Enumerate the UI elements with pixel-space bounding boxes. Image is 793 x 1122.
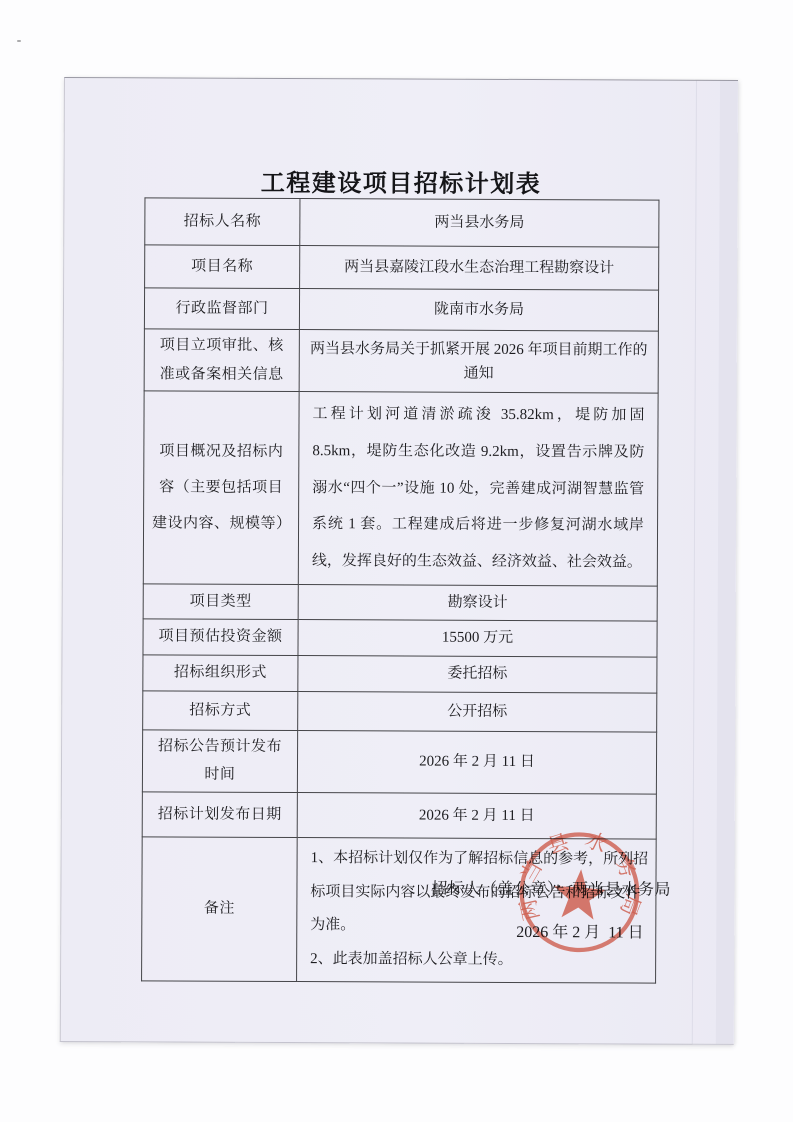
row-value: 2026 年 2 月 11 日 bbox=[297, 730, 656, 794]
table-row: 项目类型 勘察设计 bbox=[143, 584, 657, 621]
table-row: 项目名称 两当县嘉陵江段水生态治理工程勘察设计 bbox=[145, 245, 659, 290]
red-star-icon bbox=[552, 867, 607, 920]
row-value: 陇南市水务局 bbox=[299, 289, 658, 332]
table-row: 项目概况及招标内容（主要包括项目建设内容、规模等） 工程计划河道清淤疏浚 35.… bbox=[143, 391, 658, 586]
row-value: 工程计划河道清淤疏浚 35.82km，堤防加固 8.5km，堤防生态化改造 9.… bbox=[298, 392, 658, 586]
row-label: 行政监督部门 bbox=[144, 288, 299, 330]
scan-speck bbox=[17, 40, 21, 42]
row-value: 委托招标 bbox=[298, 655, 657, 693]
row-label: 项目概况及招标内容（主要包括项目建设内容、规模等） bbox=[143, 391, 299, 584]
official-seal: 两当县水务局 bbox=[516, 829, 643, 956]
scanned-paper: 工程建设项目招标计划表 招标人名称 两当县水务局 项目名称 两当县嘉陵江段水生态… bbox=[60, 77, 738, 1045]
table-row: 招标人名称 两当县水务局 bbox=[145, 198, 659, 247]
page-title: 工程建设项目招标计划表 bbox=[64, 162, 737, 200]
table-row: 招标方式 公开招标 bbox=[143, 691, 657, 732]
table-row: 项目立项审批、核准或备案相关信息 两当县水务局关于抓紧开展 2026 年项目前期… bbox=[144, 329, 658, 393]
row-label: 招标公告预计发布时间 bbox=[142, 730, 297, 793]
table-row: 项目预估投资金额 15500 万元 bbox=[143, 619, 657, 657]
row-label: 招标组织形式 bbox=[143, 655, 298, 692]
row-label: 招标人名称 bbox=[145, 198, 300, 246]
row-label: 备注 bbox=[142, 837, 298, 982]
row-value: 两当县嘉陵江段水生态治理工程勘察设计 bbox=[300, 246, 659, 291]
row-value: 两当县水务局 bbox=[300, 199, 659, 248]
scan-edge-band bbox=[716, 81, 738, 1044]
row-label: 项目立项审批、核准或备案相关信息 bbox=[144, 329, 299, 392]
row-label: 项目类型 bbox=[143, 584, 298, 620]
row-value: 两当县水务局关于抓紧开展 2026 年项目前期工作的通知 bbox=[299, 330, 658, 394]
scan-fold-line bbox=[692, 81, 697, 1044]
row-value: 15500 万元 bbox=[298, 619, 657, 657]
row-value: 公开招标 bbox=[298, 691, 657, 732]
row-label: 项目预估投资金额 bbox=[143, 619, 298, 656]
table-row: 行政监督部门 陇南市水务局 bbox=[144, 288, 658, 331]
row-label: 招标计划发布日期 bbox=[142, 792, 297, 838]
row-label: 项目名称 bbox=[145, 245, 300, 289]
row-value: 勘察设计 bbox=[298, 584, 657, 621]
row-label: 招标方式 bbox=[143, 691, 298, 731]
table-row: 招标公告预计发布时间 2026 年 2 月 11 日 bbox=[142, 730, 656, 794]
table-row: 招标组织形式 委托招标 bbox=[143, 655, 657, 693]
